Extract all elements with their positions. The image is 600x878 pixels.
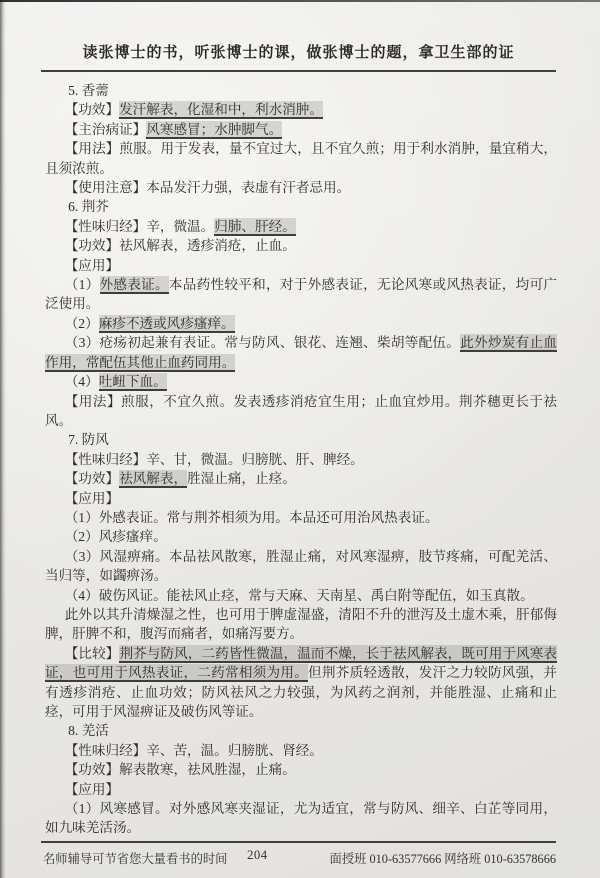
body-text: 此外以其升清燥湿之性，也可用于脾虚湿盛，清阳不升的泄泻及土虚木乘，肝郁侮脾，肝脾…	[45, 607, 557, 641]
body-text: （1）风寒感冒。对外感风寒夹湿证，尤为适宜，常与防风、细辛、白芷等同用，如九味羌…	[45, 801, 557, 835]
body-text: （4）破伤风证。能祛风止痉，常与天麻、天南星、禹白附等配伍，如玉真散。	[65, 588, 534, 603]
paragraph: （1）外感表证。常与荆芥相须为用。本品还可用治风热表证。	[45, 508, 557, 527]
body-text: （4）	[65, 374, 99, 389]
page-header: 读张博士的书，听张博士的课，做张博士的题，拿卫生部的证	[41, 41, 556, 72]
paragraph: （4）破伤风证。能祛风止痉，常与天麻、天南星、禹白附等配伍，如玉真散。	[45, 586, 557, 605]
page-footer: 名师辅导可节省您大量看书的时间 204 面授班 010-63577666 网络班…	[41, 841, 556, 872]
paragraph: 【功效】发汗解表，化湿和中，利水消肿。	[45, 100, 557, 119]
highlighted-text: 发汗解表，化湿和中，利水消肿。	[119, 101, 323, 119]
paragraph: 【功效】祛风解表，透疹消疮，止血。	[45, 236, 557, 255]
paragraph: （3）风湿痹痛。本品祛风散寒，胜湿止痛，对风寒湿痹，肢节疼痛，可配羌活、当归等，…	[45, 547, 557, 586]
body-text: 【功效】解表散寒，祛风胜湿，止痛。	[65, 762, 296, 777]
paragraph: 【功效】解表散寒，祛风胜湿，止痛。	[45, 760, 557, 779]
body-text: 8. 羌活	[68, 723, 109, 738]
paragraph: 【应用】	[45, 256, 557, 275]
body-text: 7. 防风	[68, 432, 109, 447]
header-slogan: 读张博士的书，听张博士的课，做张博士的题，拿卫生部的证	[82, 45, 514, 61]
body-text: 5. 香薷	[68, 83, 109, 98]
paragraph: 【用法】煎服，不宜久煎。发表透疹消疮宜生用；止血宜炒用。荆芥穗更长于祛风。	[45, 392, 557, 431]
paragraph: 【主治病证】风寒感冒；水肿脚气。	[45, 120, 557, 139]
body-text: 【主治病证】	[65, 122, 147, 137]
paragraph: 此外以其升清燥湿之性，也可用于脾虚湿盛，清阳不升的泄泻及土虚木乘，肝郁侮脾，肝脾…	[45, 605, 557, 644]
body-text: （3）风湿痹痛。本品祛风散寒，胜湿止痛，对风寒湿痹，肢节疼痛，可配羌活、当归等，…	[45, 549, 557, 583]
footer-page-number: 204	[247, 848, 268, 863]
body-text: （1）外感表证。常与荆芥相须为用。本品还可用治风热表证。	[65, 510, 439, 525]
body-text: 【功效】	[65, 471, 119, 486]
paragraph: （1）风寒感冒。对外感风寒夹湿证，尤为适宜，常与防风、细辛、白芷等同用，如九味羌…	[45, 799, 557, 838]
body-text: 【用法】煎服。用于发表，量不宜过大，且不宜久煎；用于利水消肿，量宜稍大，且须浓煎…	[45, 141, 557, 175]
paragraph: 【应用】	[45, 780, 557, 799]
highlighted-text: 外感表证。	[100, 276, 169, 294]
body-text: 胜湿止痛，止痉。	[187, 471, 296, 486]
body-text: 【应用】	[65, 258, 119, 273]
body-text: 【性味归经】辛，微温。	[65, 219, 215, 234]
paragraph: （2）麻疹不透或风疹瘙痒。	[45, 314, 557, 333]
body-text: （2）风疹瘙痒。	[65, 529, 167, 544]
highlighted-text: 风寒感冒；水肿脚气。	[146, 121, 282, 139]
paragraph: （2）风疹瘙痒。	[45, 527, 557, 546]
body-text: 【应用】	[65, 491, 119, 506]
paragraph: （3）疮疡初起兼有表证。常与防风、银花、连翘、柴胡等配伍。此外炒炭有止血作用，常…	[45, 333, 557, 372]
scan-edge-shadow	[0, 0, 6, 878]
highlighted-text: 归肺、肝经。	[214, 218, 296, 236]
paragraph: 【性味归经】辛，微温。归肺、肝经。	[45, 217, 557, 236]
paragraph: （1）外感表证。本品药性较平和，对于外感表证，无论风寒或风热表证，均可广泛使用。	[45, 275, 557, 314]
footer-left-text: 名师辅导可节省您大量看书的时间	[43, 849, 227, 867]
body-text: 【性味归经】辛、甘，微温。归膀胱、肝、脾经。	[65, 452, 364, 467]
scanned-page: 读张博士的书，听张博士的课，做张博士的题，拿卫生部的证 5. 香薷【功效】发汗解…	[0, 0, 600, 878]
body-text: （2）	[65, 316, 99, 331]
body-text: 【使用注意】本品发汗力强，表虚有汗者忌用。	[65, 180, 350, 195]
section-heading: 8. 羌活	[45, 721, 557, 740]
body-text: 【功效】	[65, 102, 119, 117]
paragraph: 【性味归经】辛、甘，微温。归膀胱、肝、脾经。	[45, 450, 557, 469]
paragraph: 【性味归经】辛、苦，温。归膀胱、肾经。	[45, 741, 557, 760]
paragraph: 【比较】荆芥与防风，二药皆性微温，温而不燥，长于祛风解表，既可用于风寒表证，也可…	[45, 644, 557, 722]
body-text: 【比较】	[65, 646, 120, 661]
paragraph: 【应用】	[45, 489, 557, 508]
paragraph: 【使用注意】本品发汗力强，表虚有汗者忌用。	[45, 178, 557, 197]
paragraph: （4）吐衄下血。	[45, 372, 557, 391]
section-heading: 6. 荆芥	[45, 197, 557, 216]
section-heading: 7. 防风	[45, 430, 557, 449]
body-text: （3）疮疡初起兼有表证。常与防风、银花、连翘、柴胡等配伍。	[65, 335, 460, 350]
highlighted-text: 吐衄下血。	[99, 373, 167, 391]
body-text: 【用法】煎服，不宜久煎。发表透疹消疮宜生用；止血宜炒用。荆芥穗更长于祛风。	[45, 394, 557, 428]
body-text: 【性味归经】辛、苦，温。归膀胱、肾经。	[65, 743, 323, 758]
body-text: 【应用】	[65, 782, 119, 797]
section-heading: 5. 香薷	[45, 81, 557, 100]
paragraph: 【用法】煎服。用于发表，量不宜过大，且不宜久煎；用于利水消肿，量宜稍大，且须浓煎…	[45, 139, 557, 178]
body-text: （1）	[65, 277, 100, 292]
highlighted-text: 麻疹不透或风疹瘙痒。	[99, 315, 235, 333]
body-text: 【功效】祛风解表，透疹消疮，止血。	[65, 238, 296, 253]
paragraph: 【功效】祛风解表，胜湿止痛，止痉。	[45, 469, 557, 488]
highlighted-text: 祛风解表，	[119, 470, 187, 488]
body-text: 6. 荆芥	[68, 199, 109, 214]
document-body: 5. 香薷【功效】发汗解表，化湿和中，利水消肿。【主治病证】风寒感冒；水肿脚气。…	[45, 81, 557, 838]
footer-right-text: 面授班 010-63577666 网络班 010-63578666	[330, 849, 556, 867]
